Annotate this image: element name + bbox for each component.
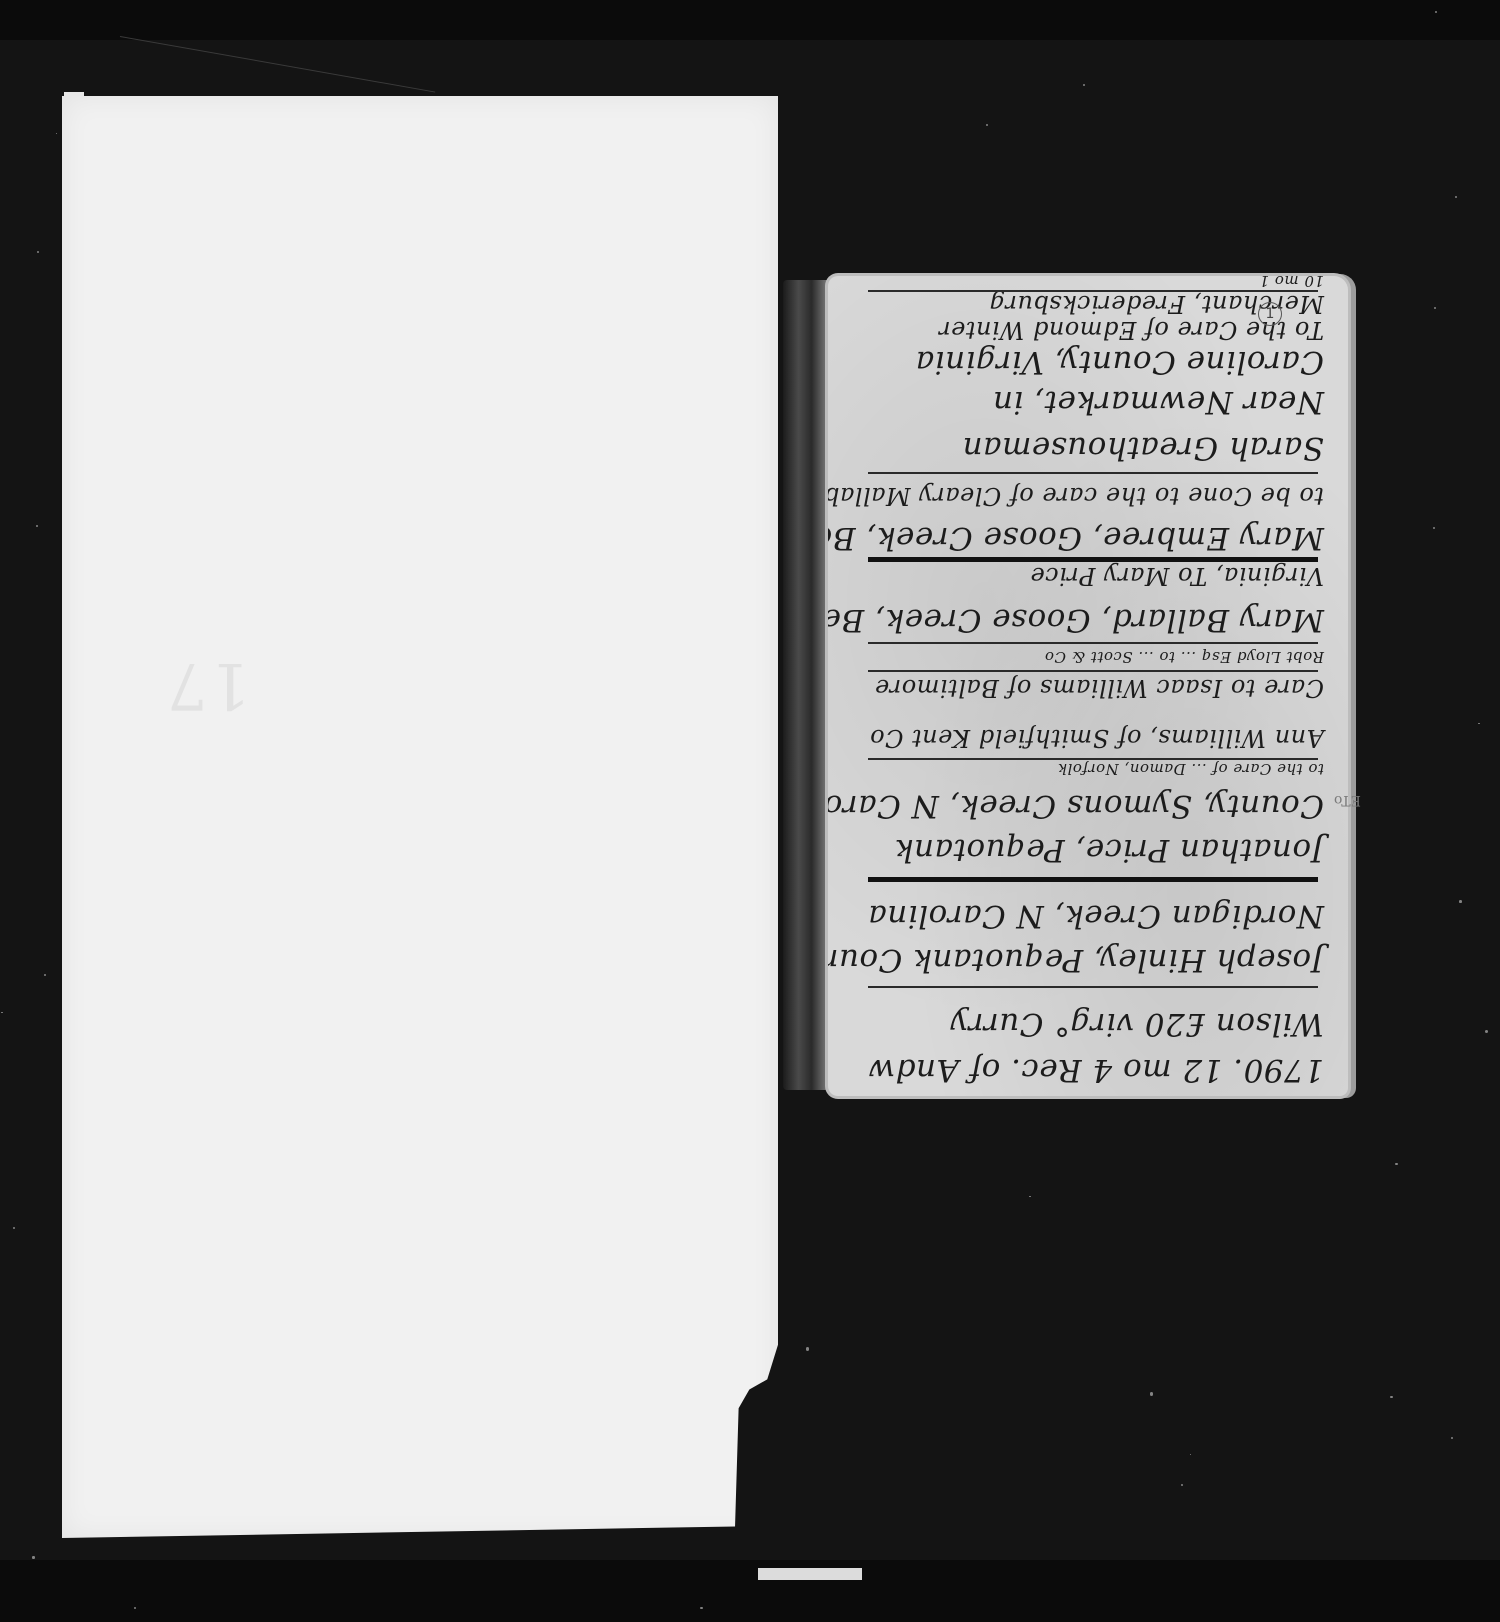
film-speck <box>700 1607 703 1610</box>
film-speck <box>36 525 38 527</box>
manuscript-page: 1790. 12 mo 4 Rec. of AndwWilson £20 vir… <box>828 276 1348 1096</box>
handwritten-line: Mary Ballard, Goose Creek, Bedford <box>852 602 1324 638</box>
film-index-tab <box>758 1568 862 1580</box>
film-speck <box>1190 1454 1192 1456</box>
film-speck <box>32 1556 34 1558</box>
film-band-bottom <box>0 1560 1500 1622</box>
handwritten-line: To the Care of Edmond Winter <box>852 316 1324 344</box>
film-speck <box>1395 1163 1398 1166</box>
handwritten-line: Wilson £20 virg° Curry <box>852 1006 1324 1042</box>
film-speck <box>1181 1484 1183 1486</box>
handwritten-line: County, Symons Creek, N Carolina <box>852 788 1324 824</box>
film-speck <box>986 124 988 126</box>
film-speck <box>44 974 46 976</box>
film-speck <box>56 133 57 134</box>
handwritten-line: Near Newmarket, in <box>852 384 1324 420</box>
film-speck <box>13 1227 15 1229</box>
ruled-divider <box>868 557 1318 562</box>
film-band-top <box>0 0 1500 40</box>
ruled-divider <box>868 986 1318 988</box>
ruled-divider <box>868 670 1318 672</box>
handwritten-line: to be Cone to the care of Cleary Mallaby <box>852 482 1324 510</box>
handwritten-line: to the Care of ... Damon, Norfolk <box>852 760 1324 778</box>
blank-target-card <box>62 96 778 1538</box>
film-speck <box>1435 11 1437 13</box>
film-speck <box>1455 196 1457 198</box>
film-speck <box>1451 1437 1453 1439</box>
handwritten-line: Nordigan Creek, N Carolina <box>852 898 1324 934</box>
film-speck <box>1459 900 1462 903</box>
film-speck <box>1029 1196 1031 1198</box>
film-speck <box>1478 723 1480 725</box>
handwritten-line: Merchant, Fredericksburg <box>852 290 1324 318</box>
ruled-divider <box>868 758 1318 760</box>
handwritten-line: Robt Lloyd Esq ... to ... Scott & Co <box>852 648 1324 666</box>
handwritten-line: Care to Isaac Williams of Baltimore <box>852 674 1324 702</box>
film-speck <box>37 251 40 254</box>
handwritten-line: 10 mo 1 <box>852 276 1324 290</box>
page-number-circled: 1 <box>1258 302 1282 326</box>
card-bleedthrough-number: 17 <box>165 648 250 722</box>
handwritten-line: Ann Williams, of Smithfield Kent Co <box>852 724 1324 752</box>
handwritten-line: 1790. 12 mo 4 Rec. of Andw <box>852 1052 1324 1088</box>
film-speck <box>1434 307 1436 309</box>
handwritten-line: Caroline County, Virginia <box>852 344 1324 380</box>
film-speck <box>1150 1392 1153 1395</box>
film-speck <box>1433 527 1435 529</box>
film-speck <box>1485 1030 1488 1033</box>
ruled-divider <box>868 290 1318 292</box>
film-speck <box>1083 84 1085 86</box>
film-scratch <box>120 36 435 93</box>
handwritten-line: Mary Embree, Goose Creek, Bedford <box>852 520 1324 556</box>
ruled-divider <box>868 877 1318 882</box>
handwritten-line: Virginia, To Mary Price <box>852 562 1324 590</box>
handwritten-line: Joseph Hinley, Pequotank County <box>852 942 1324 978</box>
film-speck <box>1 1012 2 1013</box>
handwritten-line: Jonathan Price, Pequotank <box>852 832 1324 868</box>
ruled-divider <box>868 472 1318 474</box>
handwritten-entries: 1790. 12 mo 4 Rec. of AndwWilson £20 vir… <box>828 276 1348 1096</box>
film-speck <box>1390 1396 1393 1399</box>
film-speck <box>806 1347 809 1350</box>
handwritten-line: Sarah Greathouseman <box>852 430 1324 466</box>
stray-mark: ETo <box>1334 792 1361 808</box>
ruled-divider <box>868 642 1318 644</box>
